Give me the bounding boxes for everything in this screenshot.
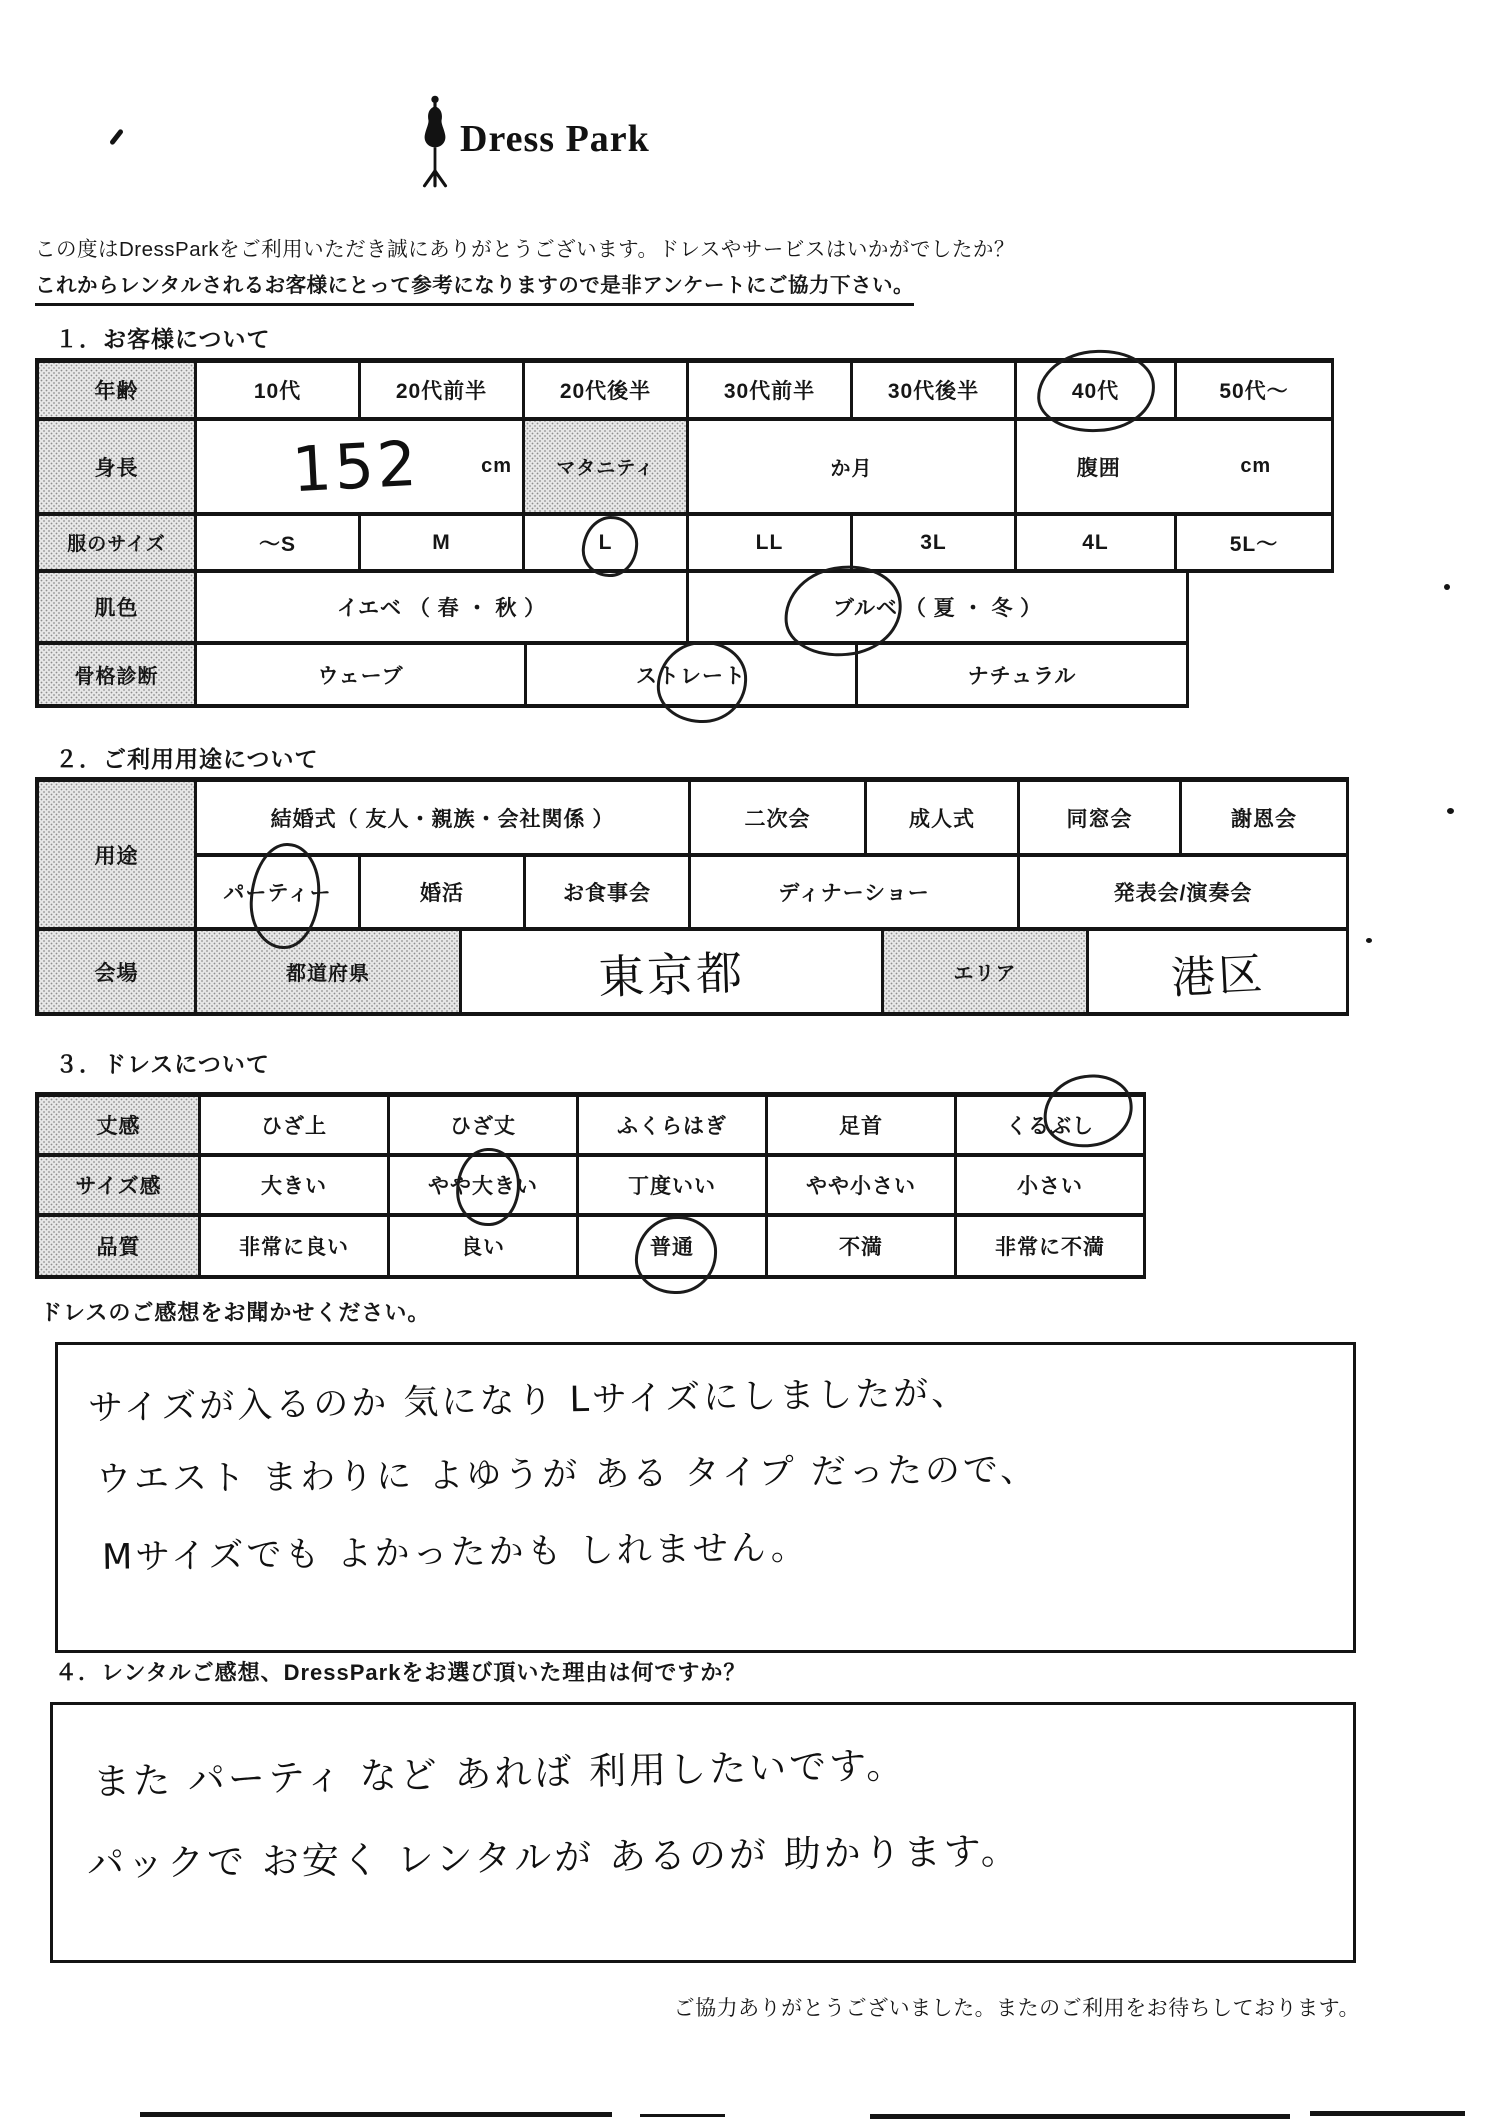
customer-table: 年齢 10代 20代前半 20代後半 30代前半 30代後半 40代 50代～ … xyxy=(35,358,1334,708)
option-label: 40代 xyxy=(1072,375,1119,405)
row-label-quality: 品質 xyxy=(39,1217,201,1279)
handwritten-area: 港区 xyxy=(1169,937,1266,1006)
option-cell-selected: パーティー xyxy=(197,857,361,931)
row-label-usage: 用途 xyxy=(39,782,197,931)
option-cell: 20代前半 xyxy=(361,363,525,421)
usage-table: 用途 結婚式（ 友人・親族・会社関係 ） 二次会 成人式 同窓会 謝恩会 パーテ… xyxy=(35,777,1349,1016)
option-cell: ふくらはぎ xyxy=(579,1097,768,1157)
handwritten-height: 152 xyxy=(290,427,421,507)
scan-artifact xyxy=(1447,808,1454,814)
option-cell: 4L xyxy=(1017,516,1177,573)
section4-title: ４．レンタルご感想、DressParkをお選び頂いた理由は何ですか？ xyxy=(55,1656,746,1687)
scan-artifact xyxy=(870,2114,1290,2119)
option-cell: やや小さい xyxy=(768,1157,957,1217)
option-cell: 謝恩会 xyxy=(1182,782,1349,857)
maternity-label: マタニティ xyxy=(525,421,689,516)
option-cell: M xyxy=(361,516,525,573)
option-cell: 結婚式（ 友人・親族・会社関係 ） xyxy=(197,782,691,857)
skeleton-row: 骨格診断 ウェーブ ストレート ナチュラル xyxy=(39,645,1334,708)
option-cell: ～S xyxy=(197,516,361,573)
maternity-months-cell: か月 xyxy=(689,421,1017,516)
handwritten-line: パックで お安く レンタルが あるのが 助かります。 xyxy=(87,1820,1021,1887)
row-label-length: 丈感 xyxy=(39,1097,201,1157)
handwritten-line: ウエスト まわりに よゆうが ある タイプ だったので、 xyxy=(96,1442,1039,1502)
intro-line-2: これからレンタルされるお客様にとって参考になりますので是非アンケートにご協力下さ… xyxy=(35,268,914,306)
option-label: ストレート xyxy=(636,660,746,690)
pref-label: 都道府県 xyxy=(197,931,462,1016)
venue-row: 会場 都道府県 東京都 エリア 港区 xyxy=(39,931,1349,1016)
scan-artifact xyxy=(640,2114,725,2117)
option-cell: 足首 xyxy=(768,1097,957,1157)
option-cell: 成人式 xyxy=(867,782,1020,857)
option-cell: 50代～ xyxy=(1177,363,1334,421)
option-cell: 二次会 xyxy=(691,782,867,857)
scan-artifact xyxy=(1444,584,1450,590)
option-cell: 10代 xyxy=(197,363,361,421)
option-label: L xyxy=(599,531,613,555)
option-cell-selected: 普通 xyxy=(579,1217,768,1279)
usage-row-2: パーティー 婚活 お食事会 ディナーショー 発表会/演奏会 xyxy=(197,857,1349,931)
handwritten-prefecture: 東京都 xyxy=(597,936,746,1007)
usage-row-1: 結婚式（ 友人・親族・会社関係 ） 二次会 成人式 同窓会 謝恩会 xyxy=(197,782,1349,857)
waist-cell: 腹囲 cm xyxy=(1017,421,1334,516)
area-value-cell: 港区 xyxy=(1089,931,1349,1016)
option-cell-selected: 40代 xyxy=(1017,363,1177,421)
section2-title: ２．ご利用用途について xyxy=(55,741,319,774)
handwritten-line: Mサイズでも よかったかも しれません。 xyxy=(102,1520,809,1580)
option-label: パーティー xyxy=(223,877,331,907)
option-cell: 5L～ xyxy=(1177,516,1334,573)
dresspark-logo: Dress Park xyxy=(418,95,650,196)
option-cell: 良い xyxy=(390,1217,579,1279)
section3-title: ３．ドレスについて xyxy=(55,1046,270,1079)
height-value-cell: 152 cm xyxy=(197,421,525,516)
brand-name: Dress Park xyxy=(460,117,650,161)
option-cell: ひざ丈 xyxy=(390,1097,579,1157)
option-label: ブルベ （ 夏 ・ 冬 ） xyxy=(833,592,1042,622)
option-cell: 小さい xyxy=(957,1157,1146,1217)
option-cell: 非常に良い xyxy=(201,1217,390,1279)
height-row: 身長 152 cm マタニティ か月 腹囲 cm xyxy=(39,421,1334,516)
handwritten-line: サイズが入るのか 気になり Lサイズにしましたが、 xyxy=(88,1365,970,1430)
row-label-age: 年齢 xyxy=(39,363,197,421)
option-label: やや大きい xyxy=(428,1170,538,1200)
dress-comment-box: サイズが入るのか 気になり Lサイズにしましたが、 ウエスト まわりに よゆうが… xyxy=(55,1342,1356,1653)
row-label-skin: 肌色 xyxy=(39,573,197,645)
fit-row: サイズ感 大きい やや大きい 丁度いい やや小さい 小さい xyxy=(39,1157,1146,1217)
option-cell: 大きい xyxy=(201,1157,390,1217)
dress-table: 丈感 ひざ上 ひざ丈 ふくらはぎ 足首 くるぶし サイズ感 大きい やや大きい … xyxy=(35,1092,1146,1279)
option-cell: 30代後半 xyxy=(853,363,1017,421)
size-row: 服のサイズ ～S M L LL 3L 4L 5L～ xyxy=(39,516,1334,573)
option-cell: 不満 xyxy=(768,1217,957,1279)
option-cell: ナチュラル xyxy=(858,645,1189,708)
waist-label: 腹囲 xyxy=(1077,452,1121,482)
option-cell: 発表会/演奏会 xyxy=(1020,857,1349,931)
intro-line-1: この度はDressParkをご利用いただき誠にありがとうございます。ドレスやサー… xyxy=(35,232,1015,262)
row-label-venue: 会場 xyxy=(39,931,197,1016)
option-cell: ひざ上 xyxy=(201,1097,390,1157)
option-cell: イエベ （ 春 ・ 秋 ） xyxy=(197,573,689,645)
option-cell: 3L xyxy=(853,516,1017,573)
option-cell: ウェーブ xyxy=(197,645,527,708)
option-cell-selected: ストレート xyxy=(527,645,858,708)
scan-artifact xyxy=(140,2112,612,2117)
handwritten-line: また パーティ など あれば 利用したいです。 xyxy=(93,1734,907,1805)
option-cell: お食事会 xyxy=(526,857,691,931)
option-label: 普通 xyxy=(650,1231,694,1261)
footer-thanks: ご協力ありがとうございました。またのご利用をお待ちしております。 xyxy=(500,1992,1360,2022)
pref-value-cell: 東京都 xyxy=(462,931,884,1016)
quality-row: 品質 非常に良い 良い 普通 不満 非常に不満 xyxy=(39,1217,1146,1279)
option-cell: ディナーショー xyxy=(691,857,1020,931)
option-cell-selected: くるぶし xyxy=(957,1097,1146,1157)
option-label: くるぶし xyxy=(1006,1110,1094,1140)
option-cell-selected: ブルベ （ 夏 ・ 冬 ） xyxy=(689,573,1189,645)
option-cell: 20代後半 xyxy=(525,363,689,421)
row-label-skeleton: 骨格診断 xyxy=(39,645,197,708)
option-cell: LL xyxy=(689,516,853,573)
section1-title: １．お客様について xyxy=(55,321,271,354)
dress-form-icon xyxy=(418,95,452,196)
area-label: エリア xyxy=(884,931,1089,1016)
option-cell: 丁度いい xyxy=(579,1157,768,1217)
option-cell-selected: やや大きい xyxy=(390,1157,579,1217)
age-row: 年齢 10代 20代前半 20代後半 30代前半 30代後半 40代 50代～ xyxy=(39,363,1334,421)
scan-artifact xyxy=(109,128,124,145)
option-cell: 非常に不満 xyxy=(957,1217,1146,1279)
scan-artifact xyxy=(1310,2111,1465,2116)
scan-artifact xyxy=(1366,938,1372,943)
length-row: 丈感 ひざ上 ひざ丈 ふくらはぎ 足首 くるぶし xyxy=(39,1097,1146,1157)
skin-row: 肌色 イエベ （ 春 ・ 秋 ） ブルベ （ 夏 ・ 冬 ） xyxy=(39,573,1334,645)
row-label-fit: サイズ感 xyxy=(39,1157,201,1217)
option-cell-selected: L xyxy=(525,516,689,573)
unit-cm: cm xyxy=(481,455,512,478)
rental-comment-box: また パーティ など あれば 利用したいです。 パックで お安く レンタルが あ… xyxy=(50,1702,1356,1963)
option-cell: 婚活 xyxy=(361,857,526,931)
option-cell: 30代前半 xyxy=(689,363,853,421)
unit-cm: cm xyxy=(1240,455,1271,478)
row-label-height: 身長 xyxy=(39,421,197,516)
option-cell: 同窓会 xyxy=(1020,782,1182,857)
dress-comment-label: ドレスのご感想をお聞かせください。 xyxy=(40,1296,430,1327)
row-label-size: 服のサイズ xyxy=(39,516,197,573)
